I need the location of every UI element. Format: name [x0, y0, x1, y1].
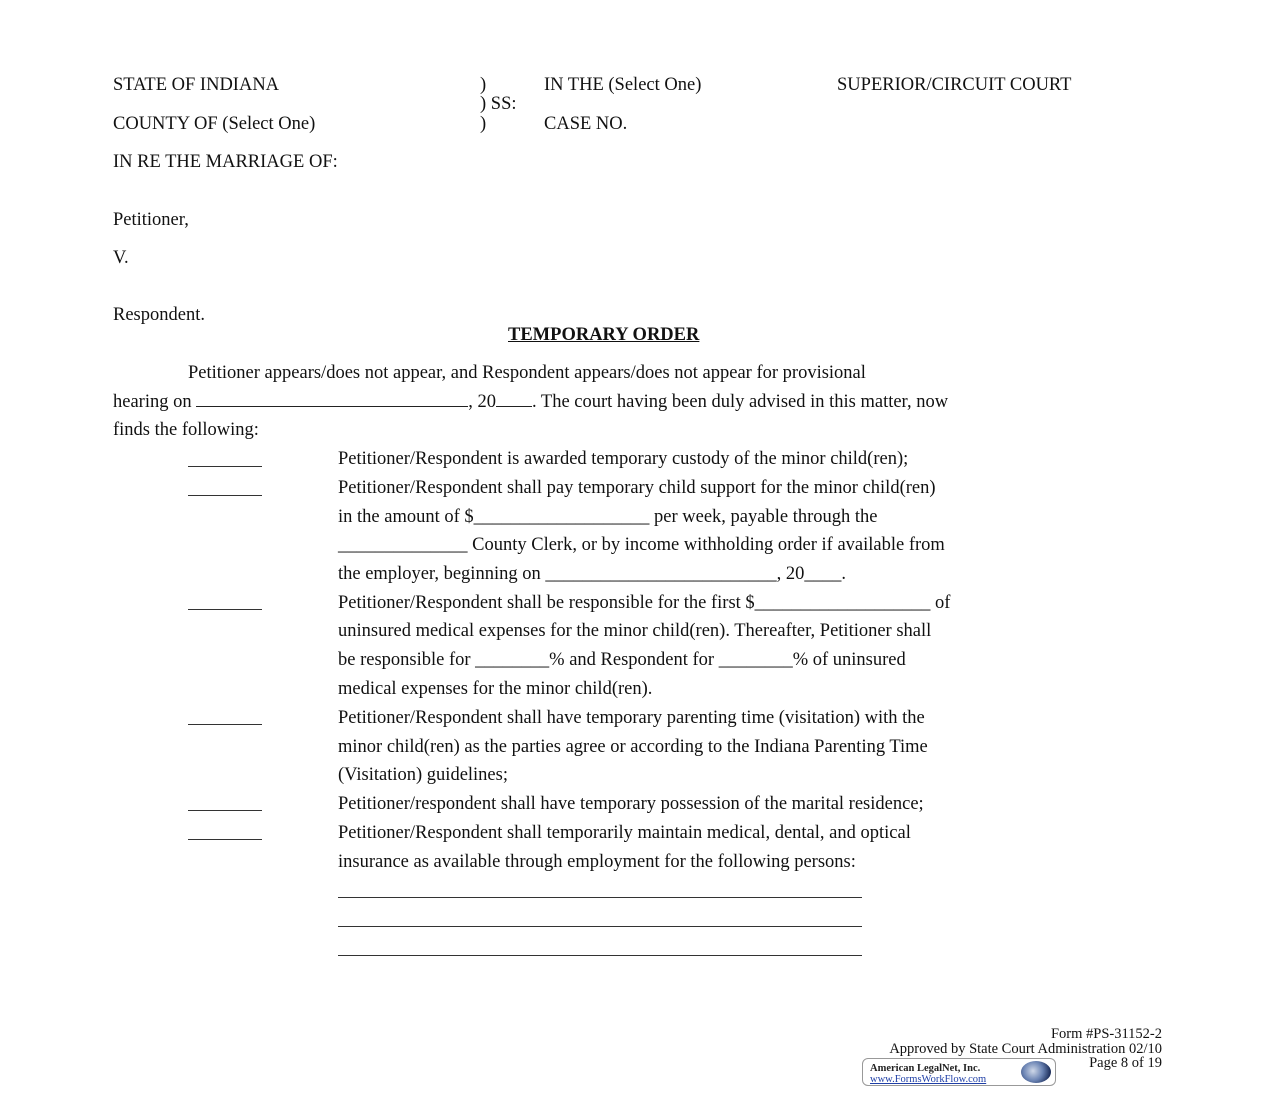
court-name: SUPERIOR/CIRCUIT COURT: [837, 76, 1071, 95]
state-label: STATE OF INDIANA: [113, 76, 279, 95]
petitioner-label: Petitioner,: [113, 211, 189, 230]
item-1-check-field[interactable]: [188, 466, 262, 467]
item-text: be responsible for ________% and Respond…: [338, 651, 906, 670]
court-selector[interactable]: IN THE (Select One): [544, 76, 701, 95]
county-selector[interactable]: COUNTY OF (Select One): [113, 115, 315, 134]
item-text: insurance as available through employmen…: [338, 853, 856, 872]
item-text: (Visitation) guidelines;: [338, 766, 508, 785]
publisher-logo[interactable]: American LegalNet, Inc. www.FormsWorkFlo…: [862, 1058, 1056, 1086]
item-text: in the amount of $___________________ pe…: [338, 508, 877, 527]
item-text: the employer, beginning on _____________…: [338, 565, 846, 584]
logo-url-link[interactable]: www.FormsWorkFlow.com: [870, 1074, 986, 1085]
intro-text: hearing on: [113, 392, 196, 412]
in-re-label: IN RE THE MARRIAGE OF:: [113, 153, 338, 172]
intro-text: . The court having been duly advised in …: [532, 392, 948, 412]
intro-line: Petitioner appears/does not appear, and …: [188, 364, 866, 383]
case-number-label: CASE NO.: [544, 115, 627, 134]
hearing-date-field[interactable]: [196, 406, 468, 407]
globe-icon: [1021, 1061, 1051, 1083]
item-text: Petitioner/Respondent shall be responsib…: [338, 594, 950, 613]
item-text: minor child(ren) as the parties agree or…: [338, 738, 928, 757]
hearing-year-field[interactable]: [496, 406, 532, 407]
item-text: ______________ County Clerk, or by incom…: [338, 536, 945, 555]
item-text: Petitioner/Respondent shall have tempora…: [338, 709, 925, 728]
item-text: Petitioner/Respondent shall temporarily …: [338, 824, 911, 843]
item-text: medical expenses for the minor child(ren…: [338, 680, 652, 699]
item-text: Petitioner/respondent shall have tempora…: [338, 795, 924, 814]
item-6-check-field[interactable]: [188, 839, 262, 840]
insured-person-field-1[interactable]: [338, 897, 862, 898]
intro-line: finds the following:: [113, 421, 259, 440]
item-text: Petitioner/Respondent shall pay temporar…: [338, 479, 936, 498]
item-2-check-field[interactable]: [188, 495, 262, 496]
page-number: Page 8 of 19: [1089, 1056, 1162, 1071]
versus-label: V.: [113, 249, 129, 268]
respondent-label: Respondent.: [113, 306, 205, 325]
item-text: uninsured medical expenses for the minor…: [338, 622, 931, 641]
intro-text: , 20: [468, 392, 496, 412]
insured-person-field-2[interactable]: [338, 926, 862, 927]
logo-company-name: American LegalNet, Inc.: [870, 1063, 980, 1074]
ss-label: ) SS:: [480, 95, 517, 114]
item-4-check-field[interactable]: [188, 724, 262, 725]
form-number: Form #PS-31152-2: [1051, 1027, 1162, 1042]
item-text: Petitioner/Respondent is awarded tempora…: [338, 450, 908, 469]
document-title: TEMPORARY ORDER: [508, 326, 699, 345]
item-3-check-field[interactable]: [188, 609, 262, 610]
caption-paren: ): [480, 76, 486, 95]
item-5-check-field[interactable]: [188, 810, 262, 811]
intro-line-hearing: hearing on , 20. The court having been d…: [113, 393, 948, 412]
insured-person-field-3[interactable]: [338, 955, 862, 956]
caption-paren: ): [480, 115, 486, 134]
